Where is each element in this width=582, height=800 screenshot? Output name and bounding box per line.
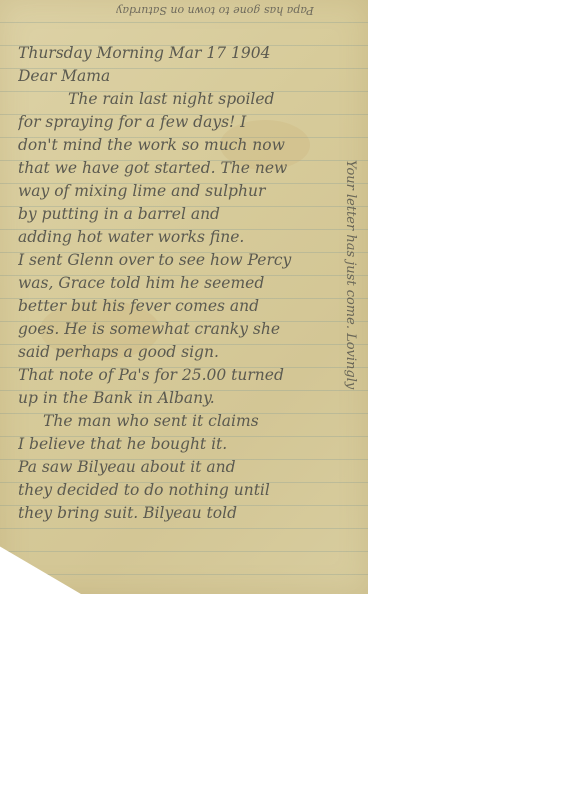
body-line: they bring suit. Bilyeau told	[18, 502, 348, 525]
body-line: That note of Pa's for 25.00 turned	[18, 364, 348, 387]
body-line: I believe that he bought it.	[18, 433, 348, 456]
body-line: Pa saw Bilyeau about it and	[18, 456, 348, 479]
upside-down-note: Papa has gone to town on Saturday	[80, 4, 350, 16]
body-line: way of mixing lime and sulphur	[18, 180, 348, 203]
body-line: was, Grace told him he seemed	[18, 272, 348, 295]
date-line: Thursday Morning Mar 17 1904	[18, 42, 348, 65]
letter-page: Papa has gone to town on Saturday Thursd…	[0, 0, 368, 594]
salutation: Dear Mama	[18, 65, 348, 88]
body-line: better but his fever comes and	[18, 295, 348, 318]
body-line: that we have got started. The new	[18, 157, 348, 180]
body-line: adding hot water works fine.	[18, 226, 348, 249]
body-line: they decided to do nothing until	[18, 479, 348, 502]
body-line: up in the Bank in Albany.	[18, 387, 348, 410]
body-line: for spraying for a few days! I	[18, 111, 348, 134]
body-line: The man who sent it claims	[18, 410, 348, 433]
letter-body: Thursday Morning Mar 17 1904 Dear Mama T…	[18, 42, 348, 525]
body-line: The rain last night spoiled	[18, 88, 348, 111]
body-line: don't mind the work so much now	[18, 134, 348, 157]
body-line: said perhaps a good sign.	[18, 341, 348, 364]
body-line: I sent Glenn over to see how Percy	[18, 249, 348, 272]
body-line: goes. He is somewhat cranky she	[18, 318, 348, 341]
body-line: by putting in a barrel and	[18, 203, 348, 226]
margin-note: Your letter has just come. Lovingly	[343, 160, 358, 490]
